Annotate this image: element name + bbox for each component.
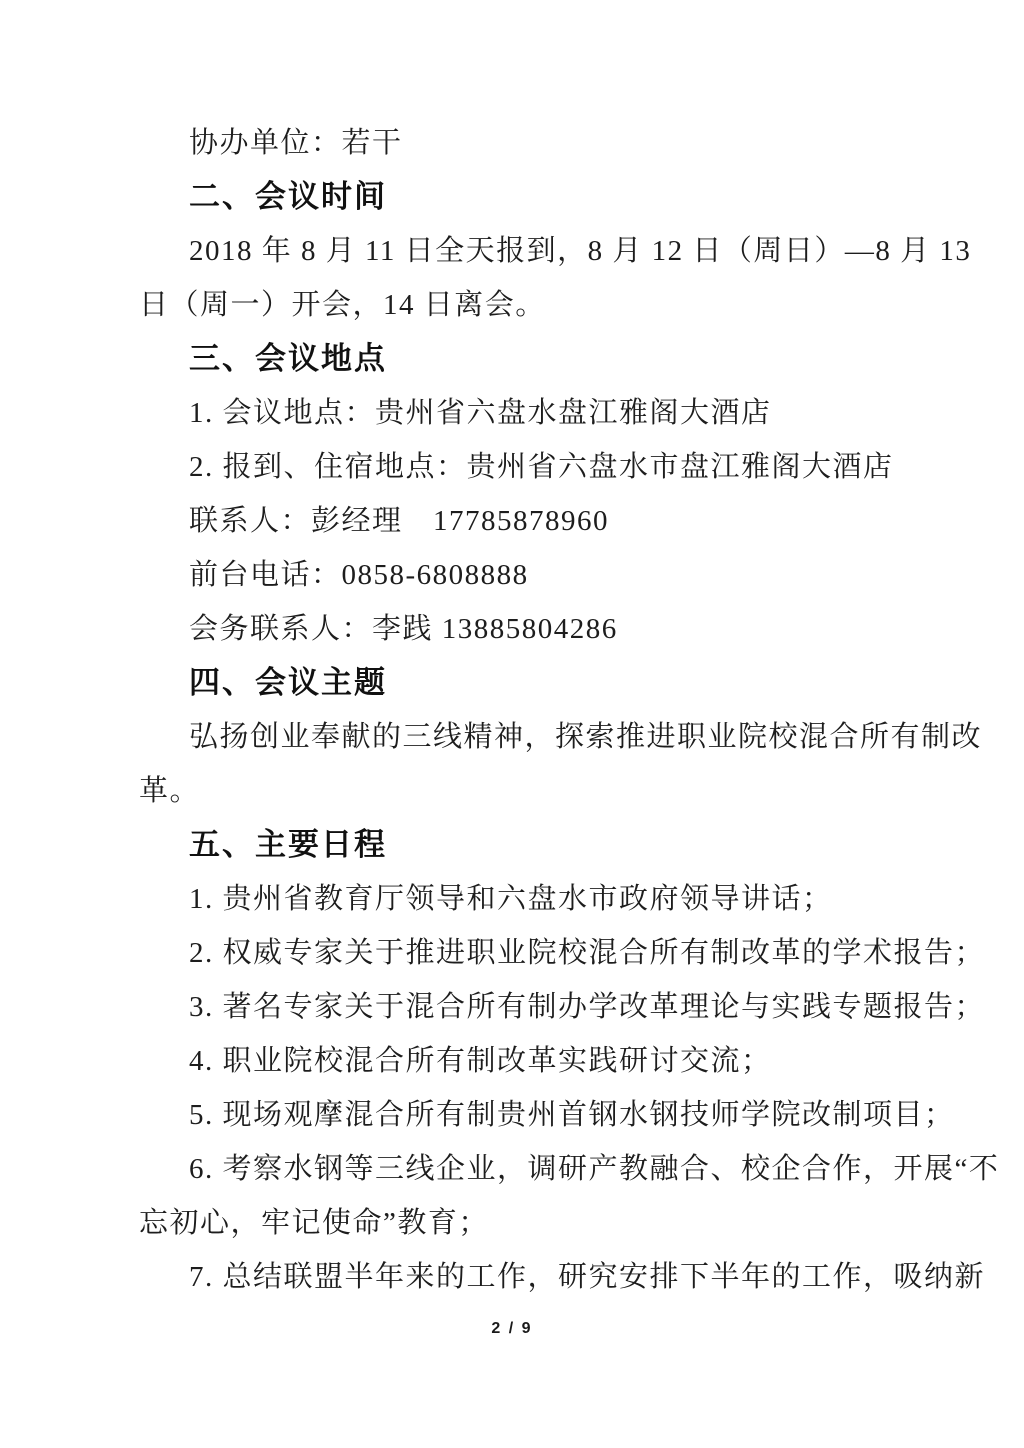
text-line-date-2: 日（周一）开会，14 日离会。 [139, 278, 907, 332]
text-line-lodging: 2. 报到、住宿地点：贵州省六盘水市盘江雅阁大酒店 [139, 440, 907, 494]
text-line-conference-contact: 会务联系人：李践 13885804286 [139, 602, 907, 656]
text-line-agenda-6b: 忘初心，牢记使命”教育； [139, 1196, 907, 1250]
section-heading-location: 三、会议地点 [139, 332, 907, 386]
page-number: 2 / 9 [0, 1314, 1024, 1344]
text-line-theme-1: 弘扬创业奉献的三线精神，探索推进职业院校混合所有制改 [139, 710, 907, 764]
text-line-agenda-1: 1. 贵州省教育厅领导和六盘水市政府领导讲话； [139, 872, 907, 926]
text-line-venue: 1. 会议地点：贵州省六盘水盘江雅阁大酒店 [139, 386, 907, 440]
text-line-agenda-6a: 6. 考察水钢等三线企业，调研产教融合、校企合作，开展“不 [139, 1142, 907, 1196]
text-line-agenda-7: 7. 总结联盟半年来的工作，研究安排下半年的工作，吸纳新 [139, 1250, 907, 1304]
text-line-agenda-2: 2. 权威专家关于推进职业院校混合所有制改革的学术报告； [139, 926, 907, 980]
text-line-agenda-5: 5. 现场观摩混合所有制贵州首钢水钢技师学院改制项目； [139, 1088, 907, 1142]
text-line-date-1: 2018 年 8 月 11 日全天报到，8 月 12 日（周日）—8 月 13 [139, 224, 907, 278]
section-heading-theme: 四、会议主题 [139, 656, 907, 710]
text-line-front-desk-phone: 前台电话：0858-6808888 [139, 548, 907, 602]
text-line-theme-2: 革。 [139, 764, 907, 818]
text-line-agenda-3: 3. 著名专家关于混合所有制办学改革理论与实践专题报告； [139, 980, 907, 1034]
section-heading-meeting-time: 二、会议时间 [139, 170, 907, 224]
document-page: 协办单位：若干 二、会议时间 2018 年 8 月 11 日全天报到，8 月 1… [139, 116, 907, 1304]
text-line-agenda-4: 4. 职业院校混合所有制改革实践研讨交流； [139, 1034, 907, 1088]
text-line-coorganizer: 协办单位：若干 [139, 116, 907, 170]
section-heading-agenda: 五、主要日程 [139, 818, 907, 872]
text-line-contact-manager: 联系人：彭经理 17785878960 [139, 494, 907, 548]
